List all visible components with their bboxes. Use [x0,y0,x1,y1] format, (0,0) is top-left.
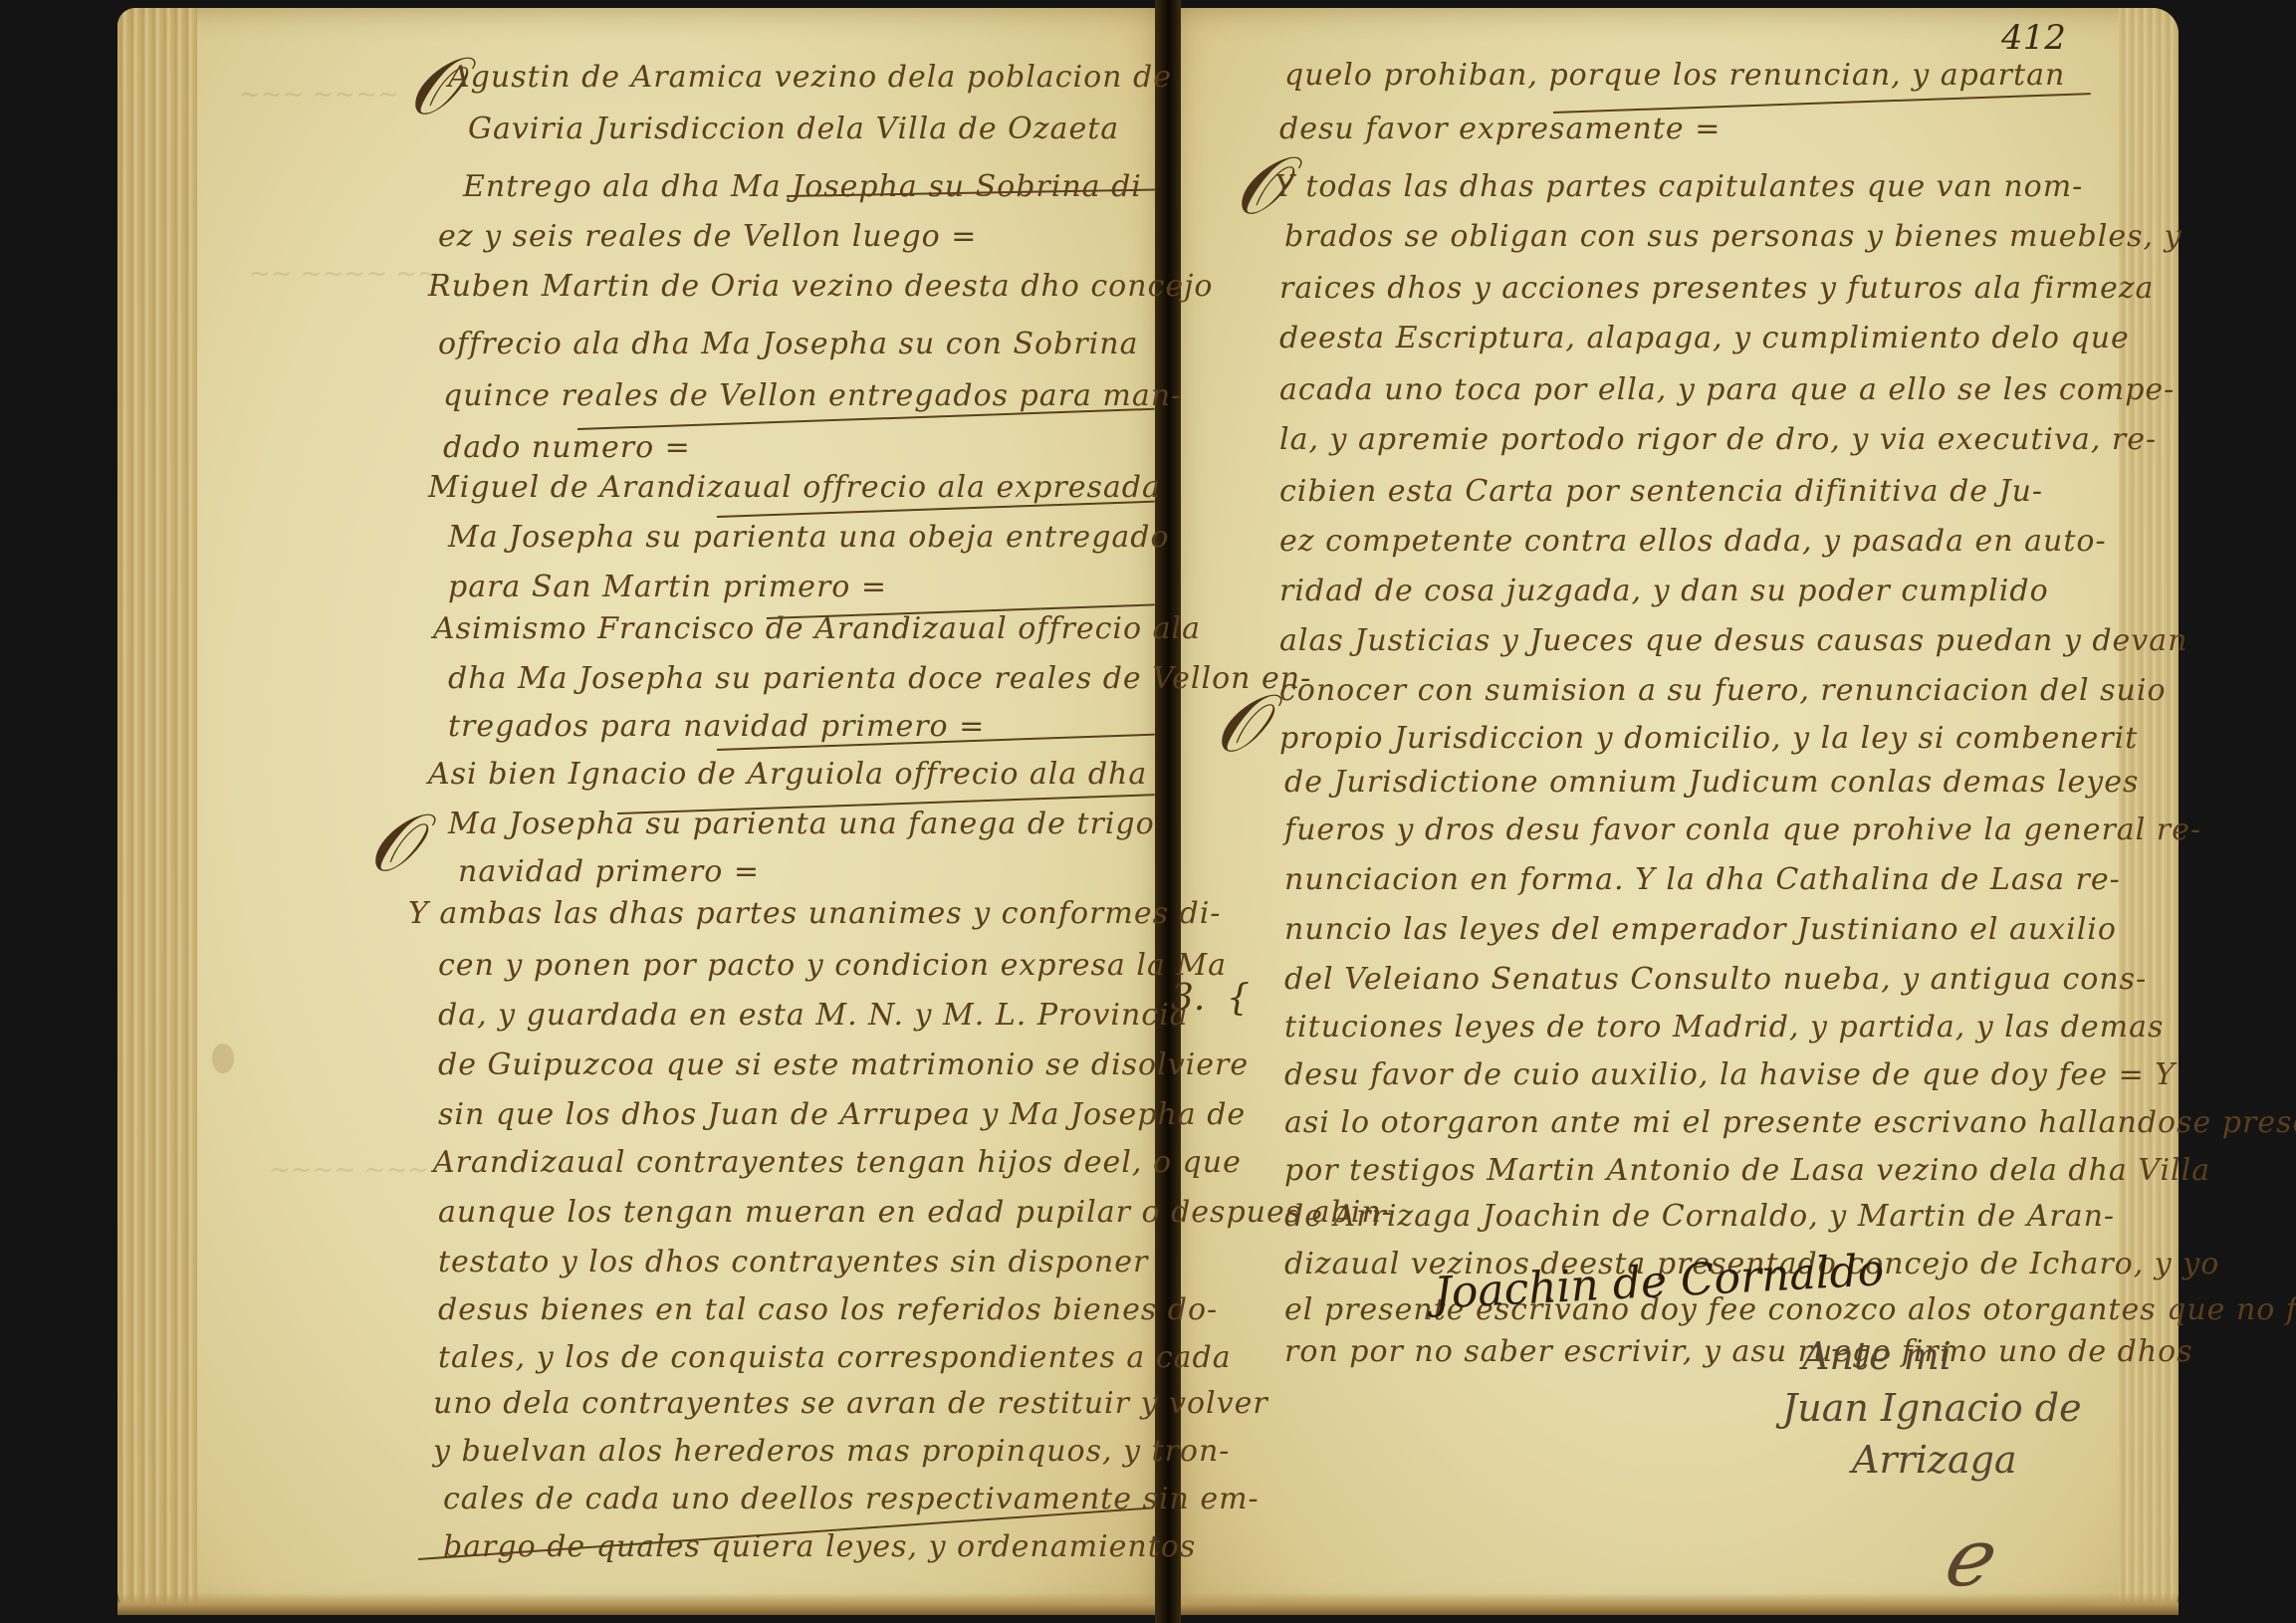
manuscript-spread: ~~~ ~~~~ ~~ ~~~~ ~~ ~~~~ ~~~ 412 𝒪 𝒪 Agu… [0,0,2296,1623]
text-line: Ma Josepha su parienta una obeja entrega… [448,520,1170,555]
text-line: da, y guardada en esta M. N. y M. L. Pro… [438,998,1189,1033]
text-line: alas Justicias y Jueces que desus causas… [1279,623,2187,658]
text-line: tituciones leyes de toro Madrid, y parti… [1284,1010,2164,1044]
text-line: Ruben Martin de Oria vezino deesta dho c… [428,269,1213,304]
ink-stain [212,1043,234,1073]
text-line: Entrego ala dha Ma Josepha su Sobrina di [463,169,1142,204]
text-line: desu favor expresamente = [1279,112,1721,146]
text-line: Gaviria Jurisdiccion dela Villa de Ozaet… [468,112,1119,146]
notary-signature: Ante mi Juan Ignacio de Arrizaga ℯ [1782,1334,2082,1604]
text-line: desus bienes en tal caso los referidos b… [438,1292,1218,1327]
text-line: Y todas las dhas partes capitulantes que… [1274,169,2083,204]
notary-signature-line: Ante mi [1802,1334,2082,1378]
bleed-through-text: ~~~ ~~~~ [239,80,399,110]
text-line: desu favor de cuio auxilio, la havise de… [1284,1057,2176,1092]
bleed-through-text: ~~~~ ~~~ [269,1155,429,1185]
text-line: Agustin de Aramica vezino dela poblacion… [448,60,1172,95]
margin-number-mark: 3. [1171,978,1205,1019]
text-line: cen y ponen por pacto y condicion expres… [438,948,1227,983]
text-line: Ma Josepha su parienta una fanega de tri… [448,807,1155,841]
paragraph-flourish-icon: 𝒪 [368,797,418,890]
bleed-through-text: ~~ ~~~~ ~~ [249,259,439,289]
text-line: de Arrizaga Joachin de Cornaldo, y Marti… [1284,1199,2115,1234]
text-line: fueros y dros desu favor conla que prohi… [1284,812,2201,847]
text-line: propio Jurisdiccion y domicilio, y la le… [1279,721,2138,756]
text-line: raices dhos y acciones presentes y futur… [1279,271,2154,306]
text-line: quince reales de Vellon entregados para … [443,378,1182,413]
text-line: tales, y los de conquista correspondient… [438,1340,1232,1375]
text-line: ez competente contra ellos dada, y pasad… [1279,524,2107,559]
text-line: asi lo otorgaron ante mi el presente esc… [1284,1105,2296,1140]
text-line: Asi bien Ignacio de Arguiola offrecio al… [428,757,1147,792]
book-gutter [1155,0,1181,1623]
text-line: cibien esta Carta por sentencia difiniti… [1279,474,2043,509]
text-line: tregados para navidad primero = [448,709,985,744]
text-line: por testigos Martin Antonio de Lasa vezi… [1284,1153,2210,1188]
text-line: dha Ma Josepha su parienta doce reales d… [448,661,1311,696]
text-line: uno dela contrayentes se avran de restit… [433,1386,1268,1421]
text-line: Miguel de Arandizaual offrecio ala expre… [428,470,1161,505]
text-line: para San Martin primero = [448,570,887,604]
text-line: y buelvan alos herederos mas propinquos,… [433,1434,1230,1469]
text-line: del Veleiano Senatus Consulto nueba, y a… [1284,962,2147,997]
left-page-bottom-edge [117,1593,1161,1615]
text-line: deesta Escriptura, alapaga, y cumplimien… [1279,321,2130,355]
text-line: conocer con sumision a su fuero, renunci… [1279,673,2167,708]
paragraph-flourish-icon: 𝒪 [1215,677,1264,771]
text-line: testato y los dhos contrayentes sin disp… [438,1245,1148,1279]
text-line: offrecio ala dha Ma Josepha su con Sobri… [438,327,1138,361]
text-line: la, y apremie portodo rigor de dro, y vi… [1279,422,2157,457]
text-line: de Guipuzcoa que si este matrimonio se d… [438,1047,1249,1082]
text-line: navidad primero = [458,854,760,889]
text-line: nunciacion en forma. Y la dha Cathalina … [1284,862,2121,897]
text-line: acada uno toca por ella, y para que a el… [1279,372,2175,407]
text-line: sin que los dhos Juan de Arrupea y Ma Jo… [438,1097,1246,1132]
folio-number: 412 [2001,18,2066,58]
text-line: cales de cada uno deellos respectivament… [443,1482,1260,1516]
margin-brace-mark: { [1227,978,1250,1019]
text-line: quelo prohiban, porque los renuncian, y … [1284,58,2065,93]
text-line: bargo de quales quiera leyes, y ordenami… [443,1529,1196,1564]
text-line: dado numero = [443,430,691,465]
text-line: ez y seis reales de Vellon luego = [438,219,977,254]
text-line: Y ambas las dhas partes unanimes y confo… [408,896,1221,931]
left-page-worn-edge [117,8,197,1615]
text-line: aunque los tengan mueran en edad pupilar… [438,1195,1393,1230]
notary-signature-line: Juan Ignacio de [1782,1386,2082,1430]
text-line: ridad de cosa juzgada, y dan su poder cu… [1279,574,2049,608]
text-line: de Jurisdictione omnium Judicum conlas d… [1284,765,2139,800]
notary-signature-line: Arrizaga [1852,1438,2082,1482]
text-line: Arandizaual contrayentes tengan hijos de… [433,1145,1242,1180]
text-line: brados se obligan con sus personas y bie… [1284,219,2182,254]
text-line: nuncio las leyes del emperador Justinian… [1284,912,2117,947]
signature-rubric-icon: ℯ [1942,1511,2082,1604]
